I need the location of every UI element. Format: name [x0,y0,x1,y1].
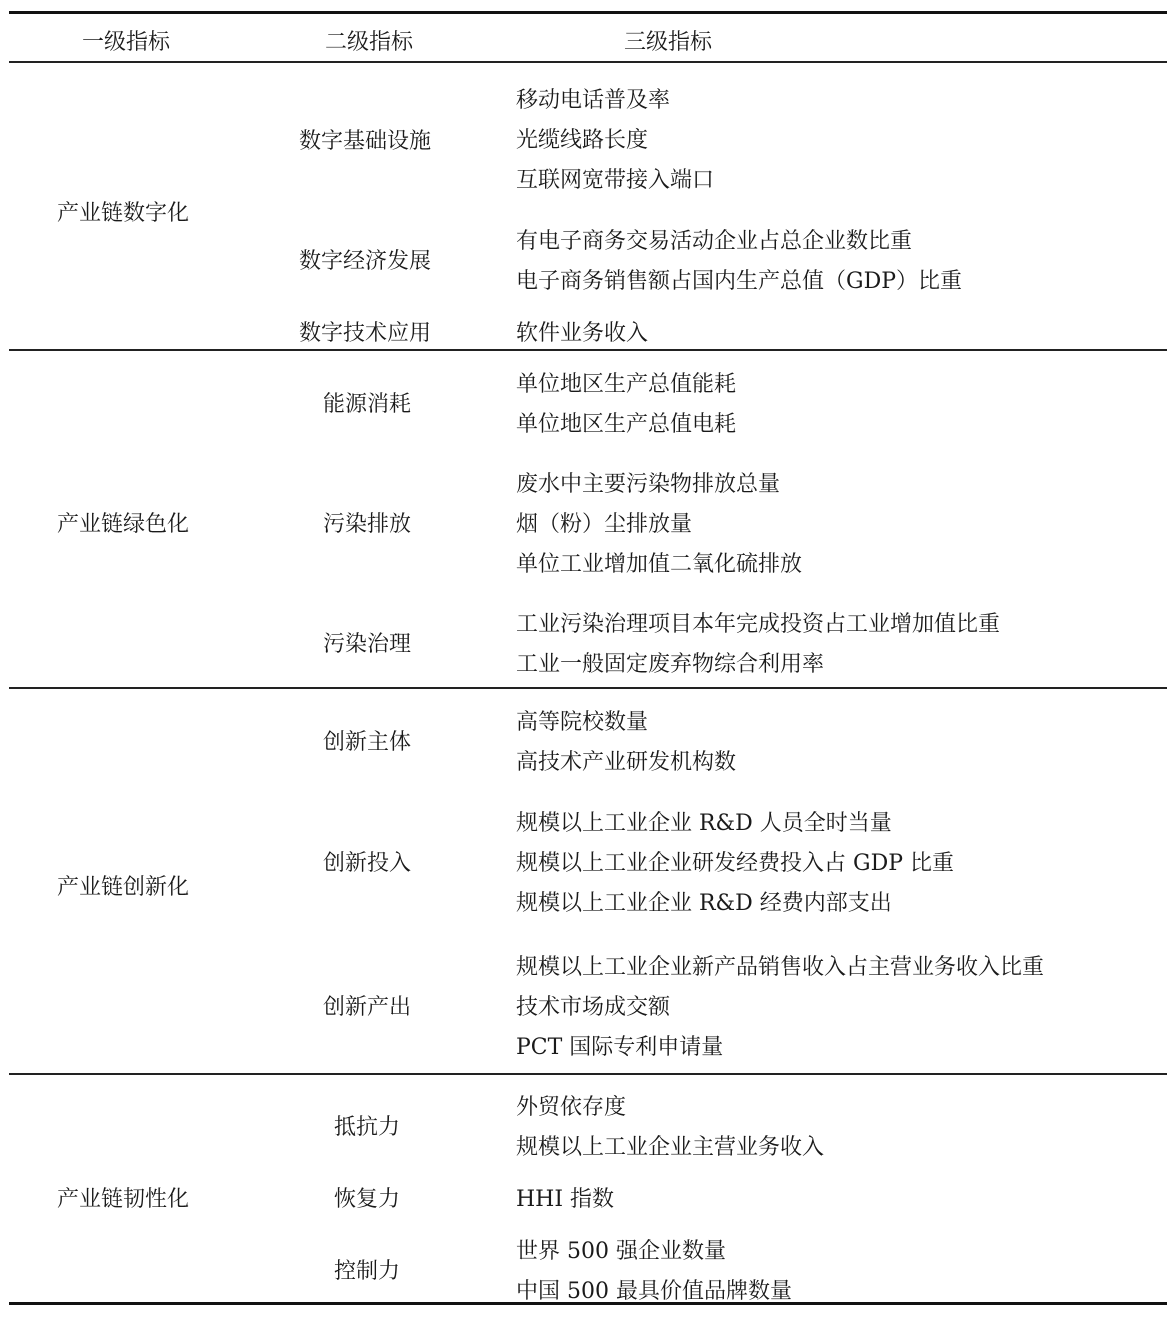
level2-label: 控制力 [334,1254,400,1285]
level3-item: 规模以上工业企业主营业务收入 [516,1130,824,1161]
level3-item: 规模以上工业企业研发经费投入占 GDP 比重 [516,846,954,877]
level3-item: HHI 指数 [516,1182,614,1213]
level3-item: 中国 500 最具价值品牌数量 [516,1274,792,1305]
level3-item: 规模以上工业企业新产品销售收入占主营业务收入比重 [516,950,1044,981]
level3-item: 工业一般固定废弃物综合利用率 [516,647,824,678]
level3-item: 烟（粉）尘排放量 [516,507,692,538]
level3-item: 单位地区生产总值能耗 [516,367,736,398]
level1-label: 产业链数字化 [57,196,189,227]
level3-item: 软件业务收入 [516,316,648,347]
level3-item: 光缆线路长度 [516,123,648,154]
level2-label: 污染排放 [323,507,411,538]
level3-item: 规模以上工业企业 R&D 经费内部支出 [516,886,892,917]
level1-label: 产业链绿色化 [57,507,189,538]
group-resilience: 产业链韧性化 抵抗力 外贸依存度 规模以上工业企业主营业务收入 恢复力 HHI … [9,1075,1167,1302]
level1-label: 产业链韧性化 [57,1182,189,1213]
level3-item: 单位工业增加值二氧化硫排放 [516,547,802,578]
group-innovation: 产业链创新化 创新主体 高等院校数量 高技术产业研发机构数 创新投入 规模以上工… [9,689,1167,1073]
level3-item: 外贸依存度 [516,1090,626,1121]
level2-label: 恢复力 [334,1182,400,1213]
level3-item: 单位地区生产总值电耗 [516,407,736,438]
group-digitalization: 产业链数字化 数字基础设施 移动电话普及率 光缆线路长度 互联网宽带接入端口 数… [9,63,1167,349]
level3-item: 世界 500 强企业数量 [516,1234,726,1265]
level2-label: 数字经济发展 [299,244,431,275]
level1-label: 产业链创新化 [57,870,189,901]
level2-label: 创新产出 [323,990,411,1021]
level2-label: 污染治理 [323,627,411,658]
level3-item: 互联网宽带接入端口 [516,163,714,194]
level3-item: 高等院校数量 [516,705,648,736]
group-greening: 产业链绿色化 能源消耗 单位地区生产总值能耗 单位地区生产总值电耗 污染排放 废… [9,351,1167,687]
level3-item: 高技术产业研发机构数 [516,745,736,776]
level3-item: 规模以上工业企业 R&D 人员全时当量 [516,806,892,837]
indicator-table: 一级指标 二级指标 三级指标 产业链数字化 数字基础设施 移动电话普及率 光缆线… [9,11,1167,1305]
level3-item: 有电子商务交易活动企业占总企业数比重 [516,224,912,255]
level3-item: 工业污染治理项目本年完成投资占工业增加值比重 [516,607,1000,638]
level3-item: PCT 国际专利申请量 [516,1030,723,1061]
level3-item: 移动电话普及率 [516,83,670,114]
level2-label: 数字基础设施 [299,124,431,155]
level2-label: 创新投入 [323,846,411,877]
level2-label: 抵抗力 [334,1110,400,1141]
table-header: 一级指标 二级指标 三级指标 [9,14,1167,61]
header-level3: 三级指标 [624,25,712,56]
level2-label: 创新主体 [323,725,411,756]
level3-item: 电子商务销售额占国内生产总值（GDP）比重 [516,264,962,295]
level2-label: 能源消耗 [323,387,411,418]
level2-label: 数字技术应用 [299,316,431,347]
level3-item: 技术市场成交额 [516,990,670,1021]
level3-item: 废水中主要污染物排放总量 [516,467,780,498]
header-level2: 二级指标 [325,25,413,56]
header-level1: 一级指标 [82,25,170,56]
